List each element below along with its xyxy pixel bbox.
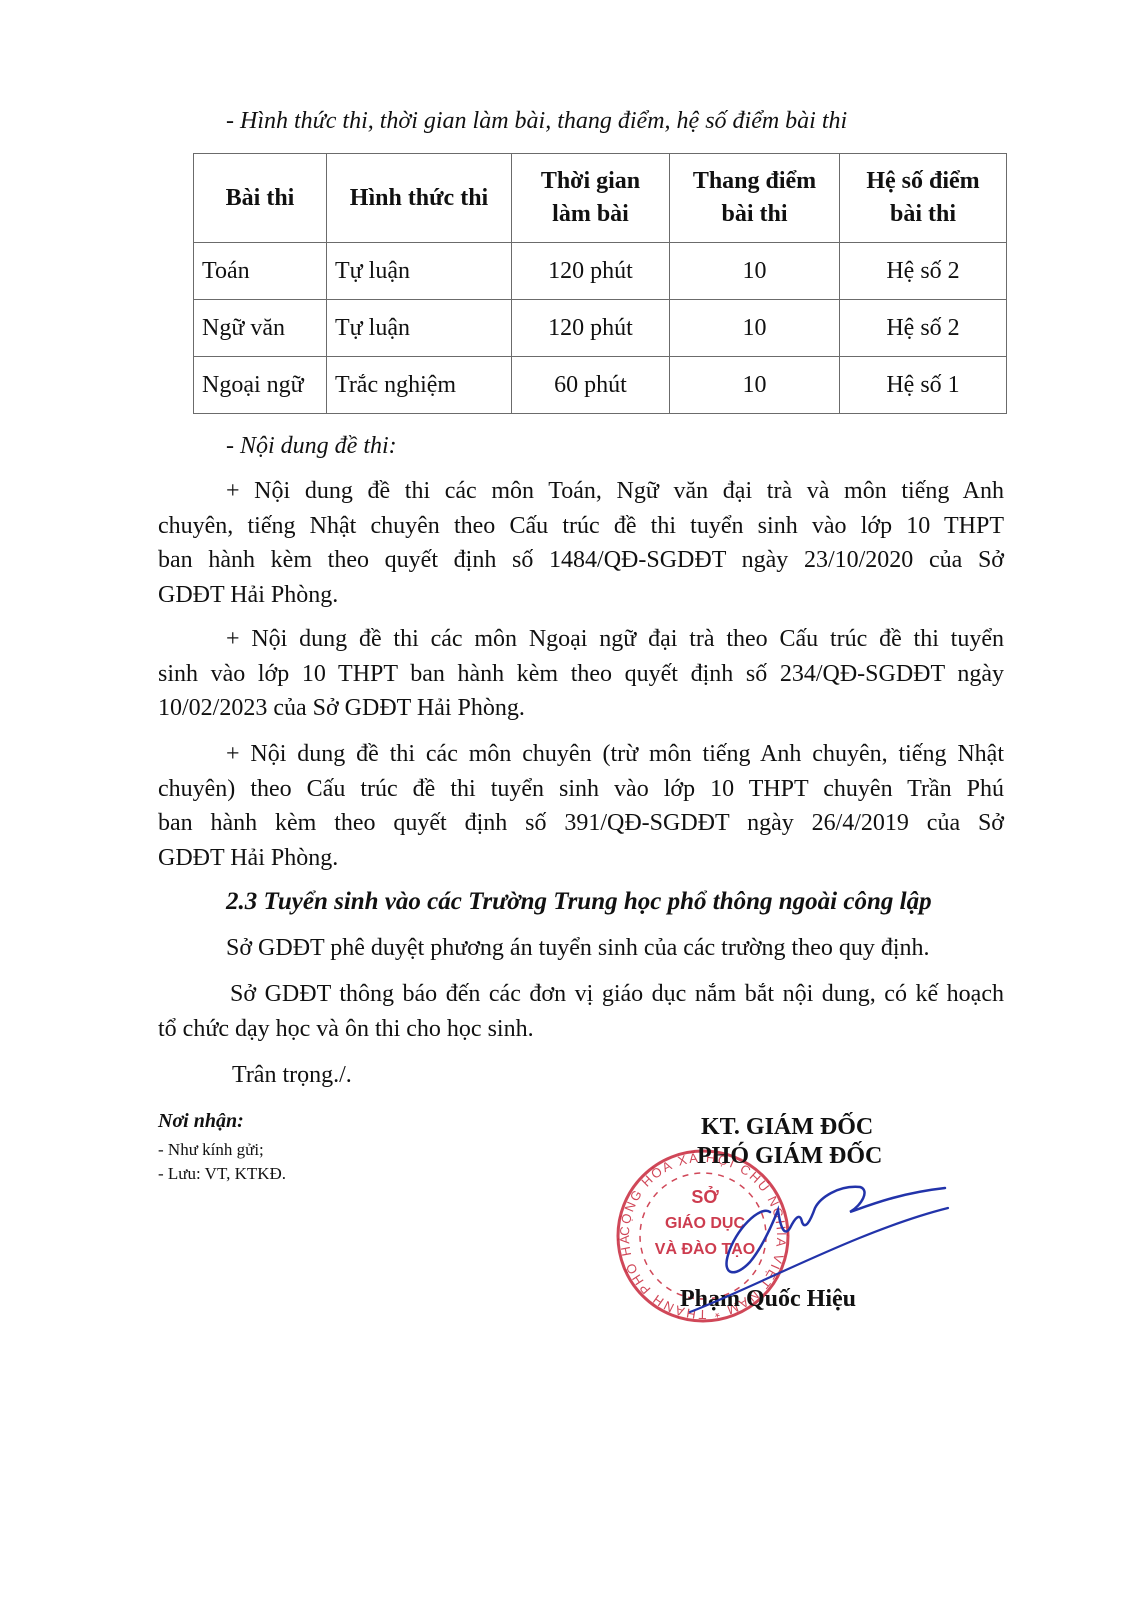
handwritten-signature	[0, 0, 1130, 1598]
